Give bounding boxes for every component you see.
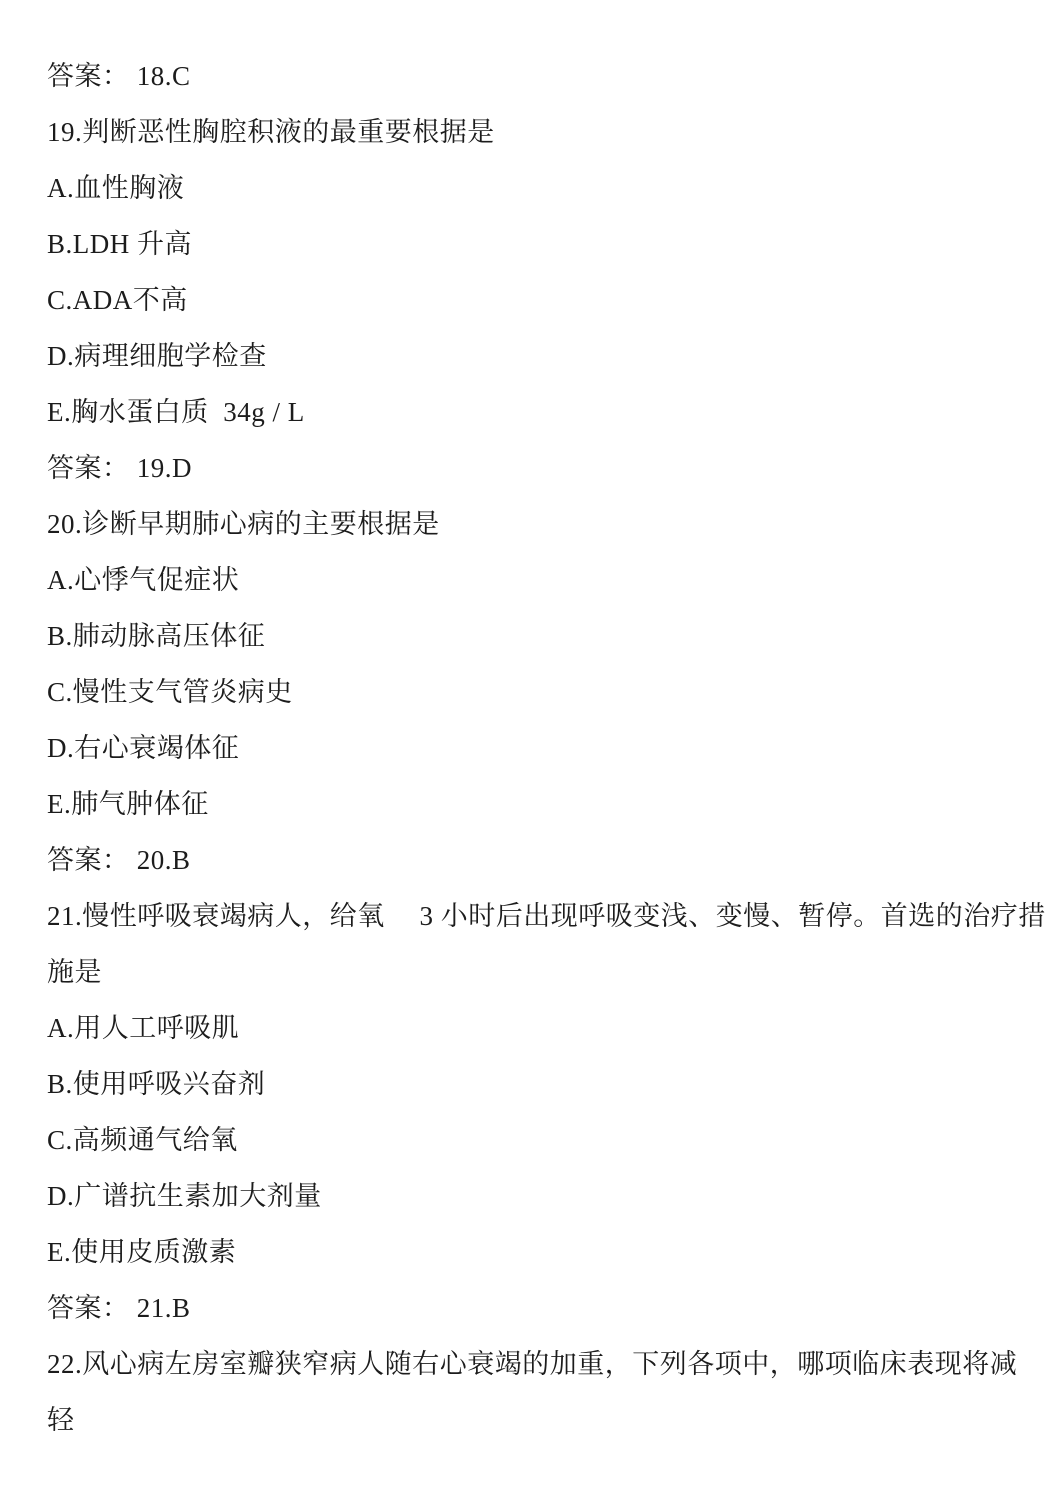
answer-line-20: 答案： 20.B [47,832,1022,888]
answer-line-18: 答案： 18.C [47,48,1022,104]
option-19-b: B.LDH 升高 [47,216,1022,272]
exam-document-page: 答案： 18.C 19.判断恶性胸腔积液的最重要根据是 A.血性胸液 B.LDH… [0,0,1062,1503]
option-21-c: C.高频通气给氧 [47,1112,1022,1168]
option-20-b: B.肺动脉高压体征 [47,608,1022,664]
question-20: 20.诊断早期肺心病的主要根据是 [47,496,1022,552]
option-19-e: E.胸水蛋白质 34g / L [47,384,1022,440]
option-19-d: D.病理细胞学检查 [47,328,1022,384]
option-19-a: A.血性胸液 [47,160,1022,216]
option-21-a: A.用人工呼吸肌 [47,1000,1022,1056]
answer-line-21: 答案： 21.B [47,1280,1022,1336]
option-21-d: D.广谱抗生素加大剂量 [47,1168,1022,1224]
option-20-e: E.肺气肿体征 [47,776,1022,832]
question-19: 19.判断恶性胸腔积液的最重要根据是 [47,104,1022,160]
option-20-c: C.慢性支气管炎病史 [47,664,1022,720]
question-21-continuation: 施是 [47,944,1022,1000]
answer-line-19: 答案： 19.D [47,440,1022,496]
option-21-e: E.使用皮质激素 [47,1224,1022,1280]
option-19-c: C.ADA不高 [47,272,1022,328]
question-22-continuation: 轻 [47,1392,1022,1448]
option-20-d: D.右心衰竭体征 [47,720,1022,776]
question-21: 21.慢性呼吸衰竭病人，给氧 3 小时后出现呼吸变浅、变慢、暂停。首选的治疗措 [47,888,1022,944]
question-22: 22.风心病左房室瓣狭窄病人随右心衰竭的加重，下列各项中，哪项临床表现将减 [47,1336,1022,1392]
option-21-b: B.使用呼吸兴奋剂 [47,1056,1022,1112]
option-20-a: A.心悸气促症状 [47,552,1022,608]
